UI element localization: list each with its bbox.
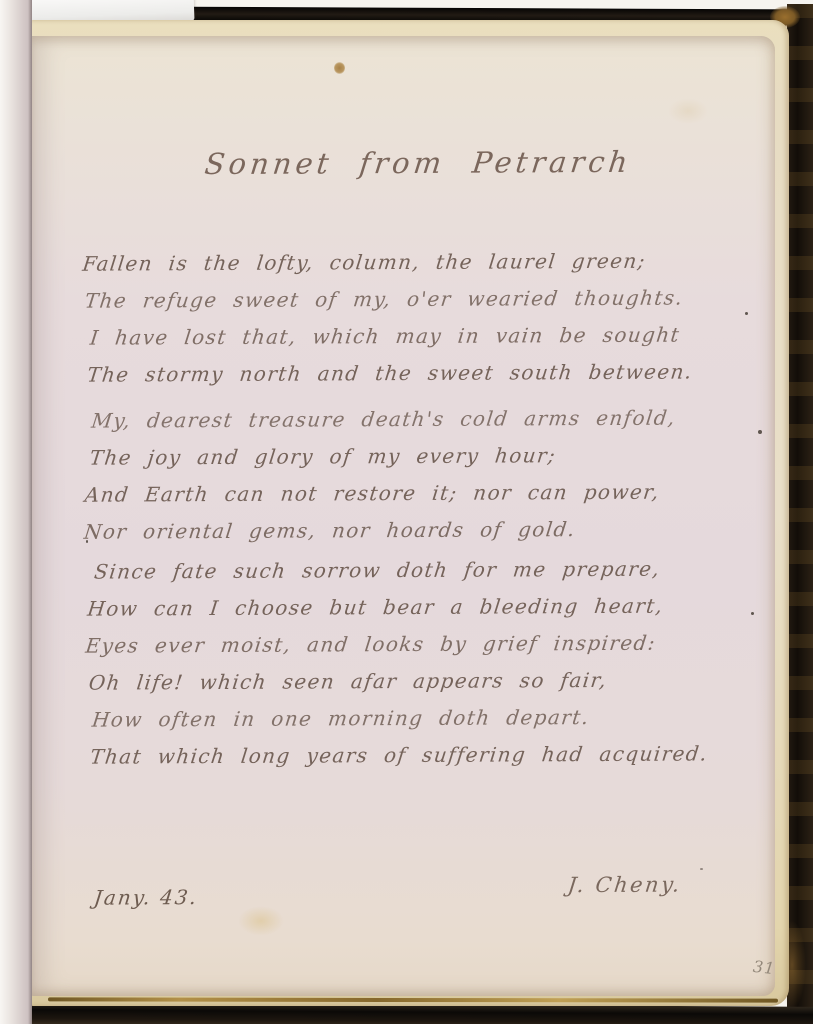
poem-line: That which long years of suffering had a… [83, 735, 787, 776]
manuscript-photo: Sonnet from Petrarch Fallen is the lofty… [0, 0, 813, 1024]
poem-line: The refuge sweet of my, o'er wearied tho… [81, 279, 785, 320]
poem-line: And Earth can not restore it; nor can po… [82, 473, 786, 514]
poem-line: Since fate such sorrow doth for me prepa… [82, 550, 786, 591]
poem-line: Fallen is the lofty, column, the laurel … [81, 242, 785, 283]
date-inscription: Jany. 43. [93, 885, 200, 910]
poem-line: Nor oriental gems, nor hoards of gold. [82, 510, 786, 551]
page-number-pencil: 31 [752, 957, 776, 978]
poem-line: The joy and glory of my every hour; [82, 436, 786, 477]
poem-line: Oh life! which seen afar appears so fair… [83, 661, 787, 702]
author-signature: J. Cheny. [567, 873, 684, 898]
poem-line: How often in one morning doth depart. [83, 698, 787, 739]
poem-line: The stormy north and the sweet south bet… [81, 353, 785, 394]
poem-body: Fallen is the lofty, column, the laurel … [83, 242, 786, 776]
poem-line: My, dearest treasure death's cold arms e… [81, 399, 785, 440]
poem-line: I have lost that, which may in vain be s… [81, 316, 785, 357]
poem-line: Eyes ever moist, and looks by grief insp… [83, 624, 787, 665]
poem-title: Sonnet from Petrarch [166, 145, 670, 182]
handwriting-layer: Sonnet from Petrarch Fallen is the lofty… [0, 0, 813, 1024]
poem-line: How can I choose but bear a bleeding hea… [82, 587, 786, 628]
